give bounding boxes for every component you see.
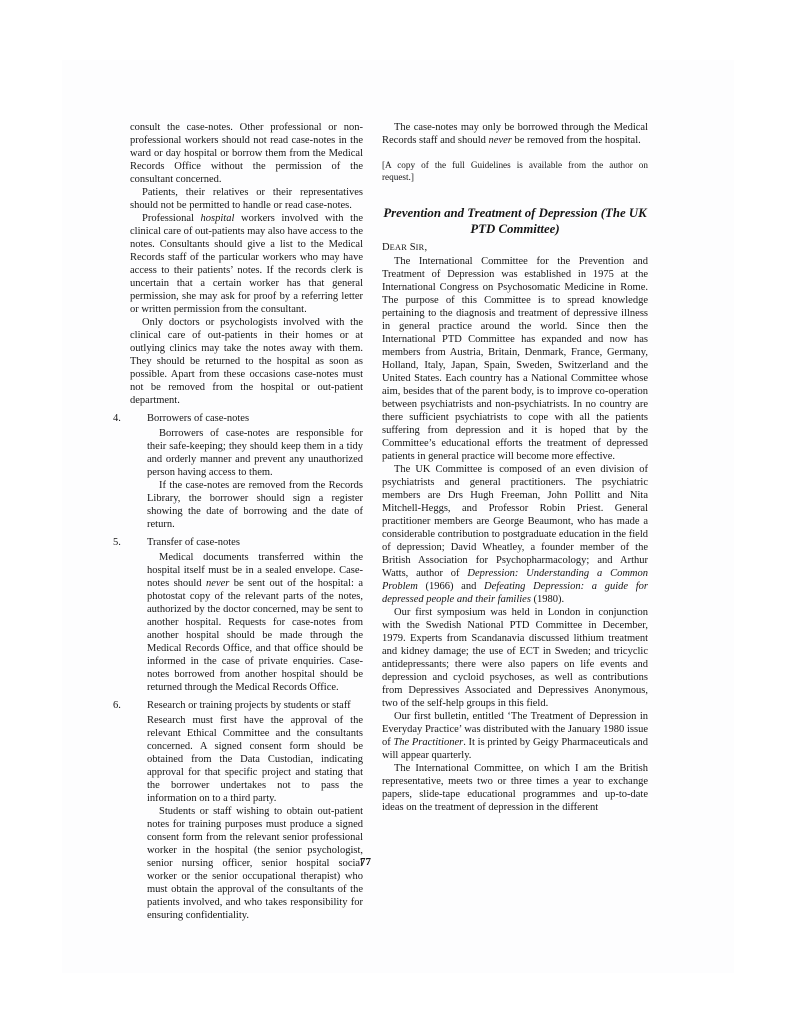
- paragraph: Research must first have the approval of…: [147, 714, 363, 805]
- text-run: consult the case-notes. Other profession…: [130, 122, 363, 185]
- salutation: DEAR SIR,: [382, 241, 648, 254]
- item-number: 4.: [113, 412, 121, 425]
- paragraph: Our first bulletin, entitled ‘The Treatm…: [382, 710, 648, 762]
- text-run: If the case-notes are removed from the R…: [147, 480, 363, 530]
- numbered-item: 5.Transfer of case-notesMedical document…: [130, 536, 363, 694]
- text-run: S: [407, 242, 415, 253]
- text-run: Our first symposium was held in London i…: [382, 607, 648, 709]
- right-column: The case-notes may only be borrowed thro…: [382, 121, 648, 814]
- text-run: Research must first have the approval of…: [147, 715, 363, 804]
- text-run: The UK Committee is composed of an even …: [382, 464, 648, 579]
- numbered-item: 6.Research or training projects by stude…: [130, 699, 363, 922]
- item-number: 6.: [113, 699, 121, 712]
- text-run: Only doctors or psychologists involved w…: [130, 317, 363, 406]
- paragraph: Our first symposium was held in London i…: [382, 606, 648, 710]
- text-run: be sent out of the hospital: a photostat…: [147, 578, 363, 693]
- text-run: The International Committee for the Prev…: [382, 256, 648, 462]
- bracketed-note: [A copy of the full Guidelines is availa…: [382, 159, 648, 183]
- text-run: (1966) and: [418, 581, 484, 592]
- italic-text: never: [206, 578, 229, 589]
- paragraph: If the case-notes are removed from the R…: [147, 479, 363, 531]
- paragraph: consult the case-notes. Other profession…: [130, 121, 363, 186]
- letter-body: The International Committee for the Prev…: [382, 255, 648, 814]
- text-run: Borrowers of case-notes are responsible …: [147, 428, 363, 478]
- text-run: D: [382, 242, 390, 253]
- text-run: workers involved with the clinical care …: [130, 213, 363, 315]
- text-run: (1980).: [531, 594, 564, 605]
- paragraph: The UK Committee is composed of an even …: [382, 463, 648, 606]
- letter-title: Prevention and Treatment of Depression (…: [382, 205, 648, 237]
- italic-text: The Practitioner: [393, 737, 463, 748]
- text-run: ,: [424, 242, 427, 253]
- paragraph: Professional hospital workers involved w…: [130, 212, 363, 316]
- paragraph: Patients, their relatives or their repre…: [130, 186, 363, 212]
- text-run: be removed from the hospital.: [512, 135, 641, 146]
- item-title: Borrowers of case-notes: [147, 412, 363, 425]
- text-run: The International Committee, on which I …: [382, 763, 648, 813]
- paragraph: Only doctors or psychologists involved w…: [130, 316, 363, 407]
- paragraph: Borrowers of case-notes are responsible …: [147, 427, 363, 479]
- small-caps-text: EAR: [390, 243, 408, 252]
- page-number: 77: [360, 856, 371, 868]
- paragraph: Medical documents transferred within the…: [147, 551, 363, 694]
- paragraph: The case-notes may only be borrowed thro…: [382, 121, 648, 147]
- item-title: Research or training projects by student…: [147, 699, 363, 712]
- text-run: Professional: [142, 213, 201, 224]
- text-run: Students or staff wishing to obtain out-…: [147, 806, 363, 921]
- paragraph: The International Committee, on which I …: [382, 762, 648, 814]
- numbered-item: 4.Borrowers of case-notesBorrowers of ca…: [130, 412, 363, 531]
- left-column: consult the case-notes. Other profession…: [113, 121, 363, 922]
- item-number: 5.: [113, 536, 121, 549]
- paragraph: The International Committee for the Prev…: [382, 255, 648, 463]
- text-run: Patients, their relatives or their repre…: [130, 187, 363, 211]
- italic-text: hospital: [201, 213, 235, 224]
- carryover-paragraph-container: The case-notes may only be borrowed thro…: [382, 121, 648, 147]
- italic-text: never: [489, 135, 512, 146]
- paragraph: Students or staff wishing to obtain out-…: [147, 805, 363, 922]
- item-title: Transfer of case-notes: [147, 536, 363, 549]
